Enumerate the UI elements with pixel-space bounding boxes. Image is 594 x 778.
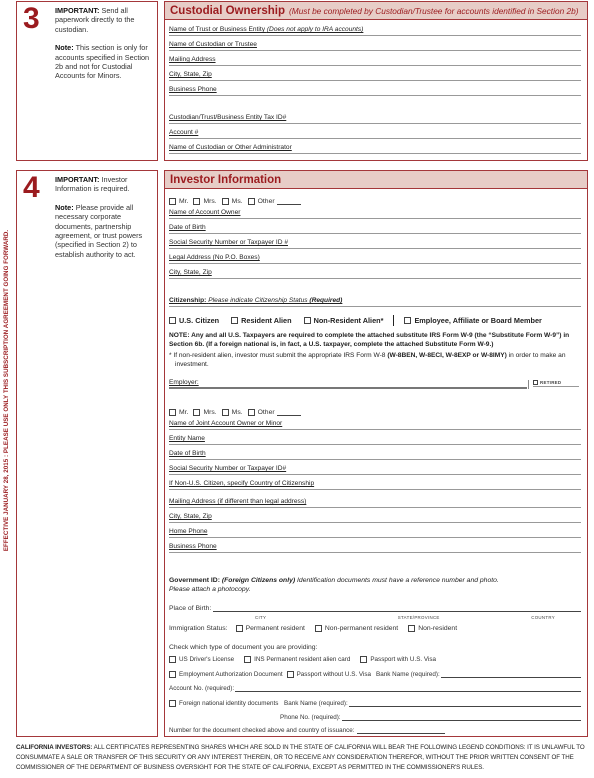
checkbox-icon[interactable] <box>236 625 243 632</box>
option-label: US Driver's License <box>179 656 234 663</box>
administrator-name-field[interactable]: Name of Custodian or Other Administrator <box>169 143 581 154</box>
joint-business-phone-field[interactable]: Business Phone <box>169 542 581 553</box>
checkbox-icon[interactable] <box>169 700 176 707</box>
section-header: Investor Information <box>165 171 587 189</box>
immigration-status-row: Immigration Status: Permanent resident N… <box>169 625 462 632</box>
effective-date-banner: EFFECTIVE JANUARY 28, 2015 : PLEASE USE … <box>2 180 12 600</box>
option-label: Other <box>258 198 275 205</box>
joint-city-state-zip-field[interactable]: City, State, Zip <box>169 512 581 523</box>
legal-address-field[interactable]: Legal Address (No P.O. Boxes) <box>169 253 581 264</box>
document-row-2: Employment Authorization Document Passpo… <box>169 671 581 678</box>
field-label: City, State, Zip <box>169 71 212 78</box>
citizenship-options: U.S. Citizen Resident Alien Non-Resident… <box>169 315 581 326</box>
salutation-other[interactable]: Other <box>248 198 301 205</box>
owner-salutation-row: Mr. Mrs. Ms. Other <box>169 198 306 205</box>
important-label: IMPORTANT: <box>55 175 99 184</box>
trust-name-field[interactable]: Name of Trust or Business Entity (Does n… <box>169 25 581 36</box>
divider <box>528 380 529 389</box>
business-phone-field[interactable]: Business Phone <box>169 85 581 96</box>
checkbox-icon[interactable] <box>404 317 411 324</box>
joint-mailing-address-field[interactable]: Mailing Address (if different than legal… <box>169 497 581 508</box>
citizenship-field: Citizenship: Please indicate Citizenship… <box>169 296 581 307</box>
option-label: Non-permanent resident <box>325 625 398 632</box>
checkbox-icon[interactable] <box>244 656 251 663</box>
account-no-label: Account No. (required): <box>169 685 234 692</box>
option-label: Other <box>258 409 275 416</box>
option-label: Non-resident <box>418 625 457 632</box>
field-label: Date of Birth <box>169 224 206 231</box>
document-number-field[interactable] <box>357 727 445 734</box>
w9-note: NOTE: Any and all U.S. Taxpayers are req… <box>169 331 581 349</box>
owner-city-state-zip-field[interactable]: City, State, Zip <box>169 268 581 279</box>
field-label: Custodian/Trust/Business Entity Tax ID# <box>169 114 286 121</box>
checkbox-icon[interactable] <box>222 198 229 205</box>
checkbox-icon[interactable] <box>193 409 200 416</box>
section-title: Custodial Ownership <box>170 5 285 17</box>
account-number-row: Account No. (required): <box>169 685 581 692</box>
owner-dob-field[interactable]: Date of Birth <box>169 223 581 234</box>
field-label: Business Phone <box>169 86 217 93</box>
checkbox-icon[interactable] <box>360 656 367 663</box>
us-drivers-license-option[interactable]: US Driver's License <box>169 656 234 663</box>
document-type-prompt: Check which type of document you are pro… <box>169 644 317 651</box>
place-of-birth-line[interactable] <box>213 605 581 612</box>
section-title: Investor Information <box>170 174 281 186</box>
checkbox-icon[interactable] <box>169 409 176 416</box>
bank-name-label: Bank Name (required): <box>376 671 440 678</box>
retired-option[interactable]: RETIRED <box>533 380 579 387</box>
section-number: 4 <box>23 173 40 203</box>
salutation-mr[interactable]: Mr. <box>169 198 188 205</box>
non-resident-alien-option[interactable]: Non-Resident Alien* <box>304 316 384 325</box>
section-4-instructions: 4 IMPORTANT: Investor Information is req… <box>16 170 158 737</box>
field-label: City, State, Zip <box>169 513 212 520</box>
citizenship-label: Citizenship: <box>169 297 206 304</box>
section-3-note: IMPORTANT: Send all paperwork directly t… <box>55 6 155 90</box>
checkbox-icon[interactable] <box>287 671 294 678</box>
option-label: INS Permanent resident alien card <box>254 656 350 663</box>
field-label: Name of Trust or Business Entity <box>169 26 265 33</box>
checkbox-icon[interactable] <box>304 317 311 324</box>
note-label: Note: <box>55 203 74 212</box>
document-row-1: US Driver's License INS Permanent reside… <box>169 656 441 663</box>
option-label: Mrs. <box>203 409 216 416</box>
option-label: U.S. Citizen <box>179 316 219 325</box>
option-label: Foreign national identity documents <box>179 700 278 707</box>
option-label: Mrs. <box>203 198 216 205</box>
checkbox-icon[interactable] <box>169 656 176 663</box>
employment-authorization-option[interactable]: Employment Authorization Document <box>169 671 283 678</box>
checkbox-icon[interactable] <box>169 671 176 678</box>
field-label: Name of Custodian or Trustee <box>169 41 257 48</box>
custodial-ownership-section: Custodial Ownership (Must be completed b… <box>164 1 588 161</box>
footer-text: ALL CERTIFICATES REPRESENTING SHARES WHI… <box>16 744 585 771</box>
option-label: Resident Alien <box>241 316 291 325</box>
investor-information-section: Investor Information Mr. Mrs. Ms. Other … <box>164 170 588 737</box>
other-blank[interactable] <box>277 199 301 205</box>
option-label: Mr. <box>179 198 188 205</box>
document-number-label: Number for the document checked above an… <box>169 727 355 734</box>
checkbox-icon[interactable] <box>315 625 322 632</box>
option-label: Mr. <box>179 409 188 416</box>
w8-note-text: * If non-resident alien, investor must s… <box>169 352 385 359</box>
option-label: Ms. <box>232 198 243 205</box>
field-label: Legal Address (No P.O. Boxes) <box>169 254 260 261</box>
city-state-zip-field[interactable]: City, State, Zip <box>169 70 581 81</box>
field-label: Business Phone <box>169 543 217 550</box>
option-label: Employment Authorization Document <box>179 671 283 678</box>
field-label: Entity Name <box>169 435 205 442</box>
custodian-name-field[interactable]: Name of Custodian or Trustee <box>169 40 581 51</box>
entity-name-field[interactable]: Entity Name <box>169 434 581 445</box>
checkbox-icon[interactable] <box>169 198 176 205</box>
checkbox-icon[interactable] <box>193 198 200 205</box>
option-label: Non-Resident Alien* <box>314 316 384 325</box>
option-label: Permanent resident <box>246 625 305 632</box>
foreign-bank-name-field[interactable] <box>349 700 581 707</box>
state-sublabel: State/Province <box>398 615 440 620</box>
account-owner-name-field[interactable]: Name of Account Owner <box>169 208 581 219</box>
section-subtitle: (Must be completed by Custodian/Trustee … <box>289 6 578 16</box>
country-of-citizenship-field[interactable]: If Non-U.S. Citizen, specify Country of … <box>169 479 581 490</box>
checkbox-icon[interactable] <box>222 409 229 416</box>
salutation-mrs[interactable]: Mrs. <box>193 198 216 205</box>
checkbox-icon[interactable] <box>533 380 538 385</box>
field-label: Social Security Number or Taxpayer ID# <box>169 465 286 472</box>
field-label: Name of Custodian or Other Administrator <box>169 144 292 151</box>
us-citizen-option[interactable]: U.S. Citizen <box>169 316 219 325</box>
employer-field[interactable]: Employer: <box>169 378 527 389</box>
phone-number-row: Phone No. (required): <box>280 714 581 721</box>
gov-id-text: Identification documents must have a ref… <box>297 577 499 584</box>
note-label: Note: <box>55 43 74 52</box>
document-number-row: Number for the document checked above an… <box>169 727 445 734</box>
employee-affiliate-option[interactable]: Employee, Affiliate or Board Member <box>404 316 541 325</box>
checkbox-icon[interactable] <box>248 198 255 205</box>
field-label: Name of Joint Account Owner or Minor <box>169 420 282 427</box>
passport-with-visa-option[interactable]: Passport with U.S. Visa <box>360 656 436 663</box>
field-label: Social Security Number or Taxpayer ID # <box>169 239 288 246</box>
resident-alien-option[interactable]: Resident Alien <box>231 316 291 325</box>
joint-owner-name-field[interactable]: Name of Joint Account Owner or Minor <box>169 419 581 430</box>
option-label: Ms. <box>232 409 243 416</box>
joint-salutation-other[interactable]: Other <box>248 409 301 416</box>
non-resident-option[interactable]: Non-resident <box>408 625 457 632</box>
option-label: Passport without U.S. Visa <box>297 671 371 678</box>
joint-dob-field[interactable]: Date of Birth <box>169 449 581 460</box>
joint-ssn-field[interactable]: Social Security Number or Taxpayer ID# <box>169 464 581 475</box>
field-label: Date of Birth <box>169 450 206 457</box>
section-number: 3 <box>23 4 40 34</box>
gov-id-text-2: Please attach a photocopy. <box>169 586 251 593</box>
country-sublabel: Country <box>531 615 555 620</box>
bank-name-label: Bank Name (required): <box>284 700 348 707</box>
joint-salutation-row: Mr. Mrs. Ms. Other <box>169 409 306 416</box>
foreign-national-docs-option[interactable]: Foreign national identity documents <box>169 700 279 707</box>
field-label: City, State, Zip <box>169 269 212 276</box>
home-phone-field[interactable]: Home Phone <box>169 527 581 538</box>
salutation-ms[interactable]: Ms. <box>222 198 243 205</box>
effective-date-text: EFFECTIVE JANUARY 28, 2015 : PLEASE USE … <box>4 229 11 550</box>
section-3-instructions: 3 IMPORTANT: Send all paperwork directly… <box>16 1 158 161</box>
checkbox-icon[interactable] <box>248 409 255 416</box>
passport-without-visa-option[interactable]: Passport without U.S. Visa <box>287 671 371 678</box>
checkbox-icon[interactable] <box>408 625 415 632</box>
permanent-resident-option[interactable]: Permanent resident <box>236 625 305 632</box>
required-tag: (Required) <box>309 297 342 304</box>
field-label: Home Phone <box>169 528 208 535</box>
option-label: Employee, Affiliate or Board Member <box>414 316 541 325</box>
phone-no-label: Phone No. (required): <box>280 714 341 721</box>
section-4-note: IMPORTANT: Investor Information is requi… <box>55 175 155 268</box>
option-label: Passport with U.S. Visa <box>370 656 436 663</box>
field-label: Employer: <box>169 379 199 386</box>
account-no-field[interactable] <box>235 685 581 692</box>
field-label: Mailing Address (if different than legal… <box>169 498 306 505</box>
california-investors-legend: CALIFORNIA INVESTORS: ALL CERTIFICATES R… <box>16 743 590 773</box>
field-label: Name of Account Owner <box>169 209 240 216</box>
field-label: Mailing Address <box>169 56 216 63</box>
owner-ssn-field[interactable]: Social Security Number or Taxpayer ID # <box>169 238 581 249</box>
footer-label: CALIFORNIA INVESTORS: <box>16 744 92 751</box>
government-id-heading: Government ID: (Foreign Citizens only) I… <box>169 576 581 594</box>
gov-id-qualifier: (Foreign Citizens only) <box>222 577 295 584</box>
field-label: Account # <box>169 129 198 136</box>
ins-card-option[interactable]: INS Permanent resident alien card <box>244 656 350 663</box>
checkbox-icon[interactable] <box>169 317 176 324</box>
field-label: Place of Birth: <box>169 605 211 612</box>
field-note: (Does not apply to IRA accounts) <box>267 26 364 33</box>
tax-id-field[interactable]: Custodian/Trust/Business Entity Tax ID# <box>169 113 581 124</box>
place-of-birth-field[interactable]: Place of Birth: <box>169 605 581 612</box>
immigration-label: Immigration Status: <box>169 625 228 632</box>
citizenship-hint: Please indicate Citizenship Status <box>208 297 307 304</box>
foreign-docs-row: Foreign national identity documents Bank… <box>169 700 581 707</box>
non-permanent-resident-option[interactable]: Non-permanent resident <box>315 625 398 632</box>
phone-no-field[interactable] <box>342 714 581 721</box>
place-of-birth-sublabels: City State/Province Country <box>255 615 555 620</box>
account-number-field[interactable]: Account # <box>169 128 581 139</box>
divider <box>393 315 394 326</box>
joint-salutation-mrs[interactable]: Mrs. <box>193 409 216 416</box>
w8-note: * If non-resident alien, investor must s… <box>169 351 581 369</box>
retired-label: RETIRED <box>540 380 561 385</box>
joint-salutation-mr[interactable]: Mr. <box>169 409 188 416</box>
mailing-address-field[interactable]: Mailing Address <box>169 55 581 66</box>
field-label: If Non-U.S. Citizen, specify Country of … <box>169 480 314 487</box>
checkbox-icon[interactable] <box>231 317 238 324</box>
city-sublabel: City <box>255 615 266 620</box>
gov-id-label: Government ID: <box>169 577 220 584</box>
other-blank[interactable] <box>277 410 301 416</box>
joint-salutation-ms[interactable]: Ms. <box>222 409 243 416</box>
w8-forms: (W-8BEN, W-8ECI, W-8EXP or W-8IMY) <box>387 352 507 359</box>
section-header: Custodial Ownership (Must be completed b… <box>165 2 587 20</box>
bank-name-field[interactable] <box>441 671 581 678</box>
important-label: IMPORTANT: <box>55 6 99 15</box>
